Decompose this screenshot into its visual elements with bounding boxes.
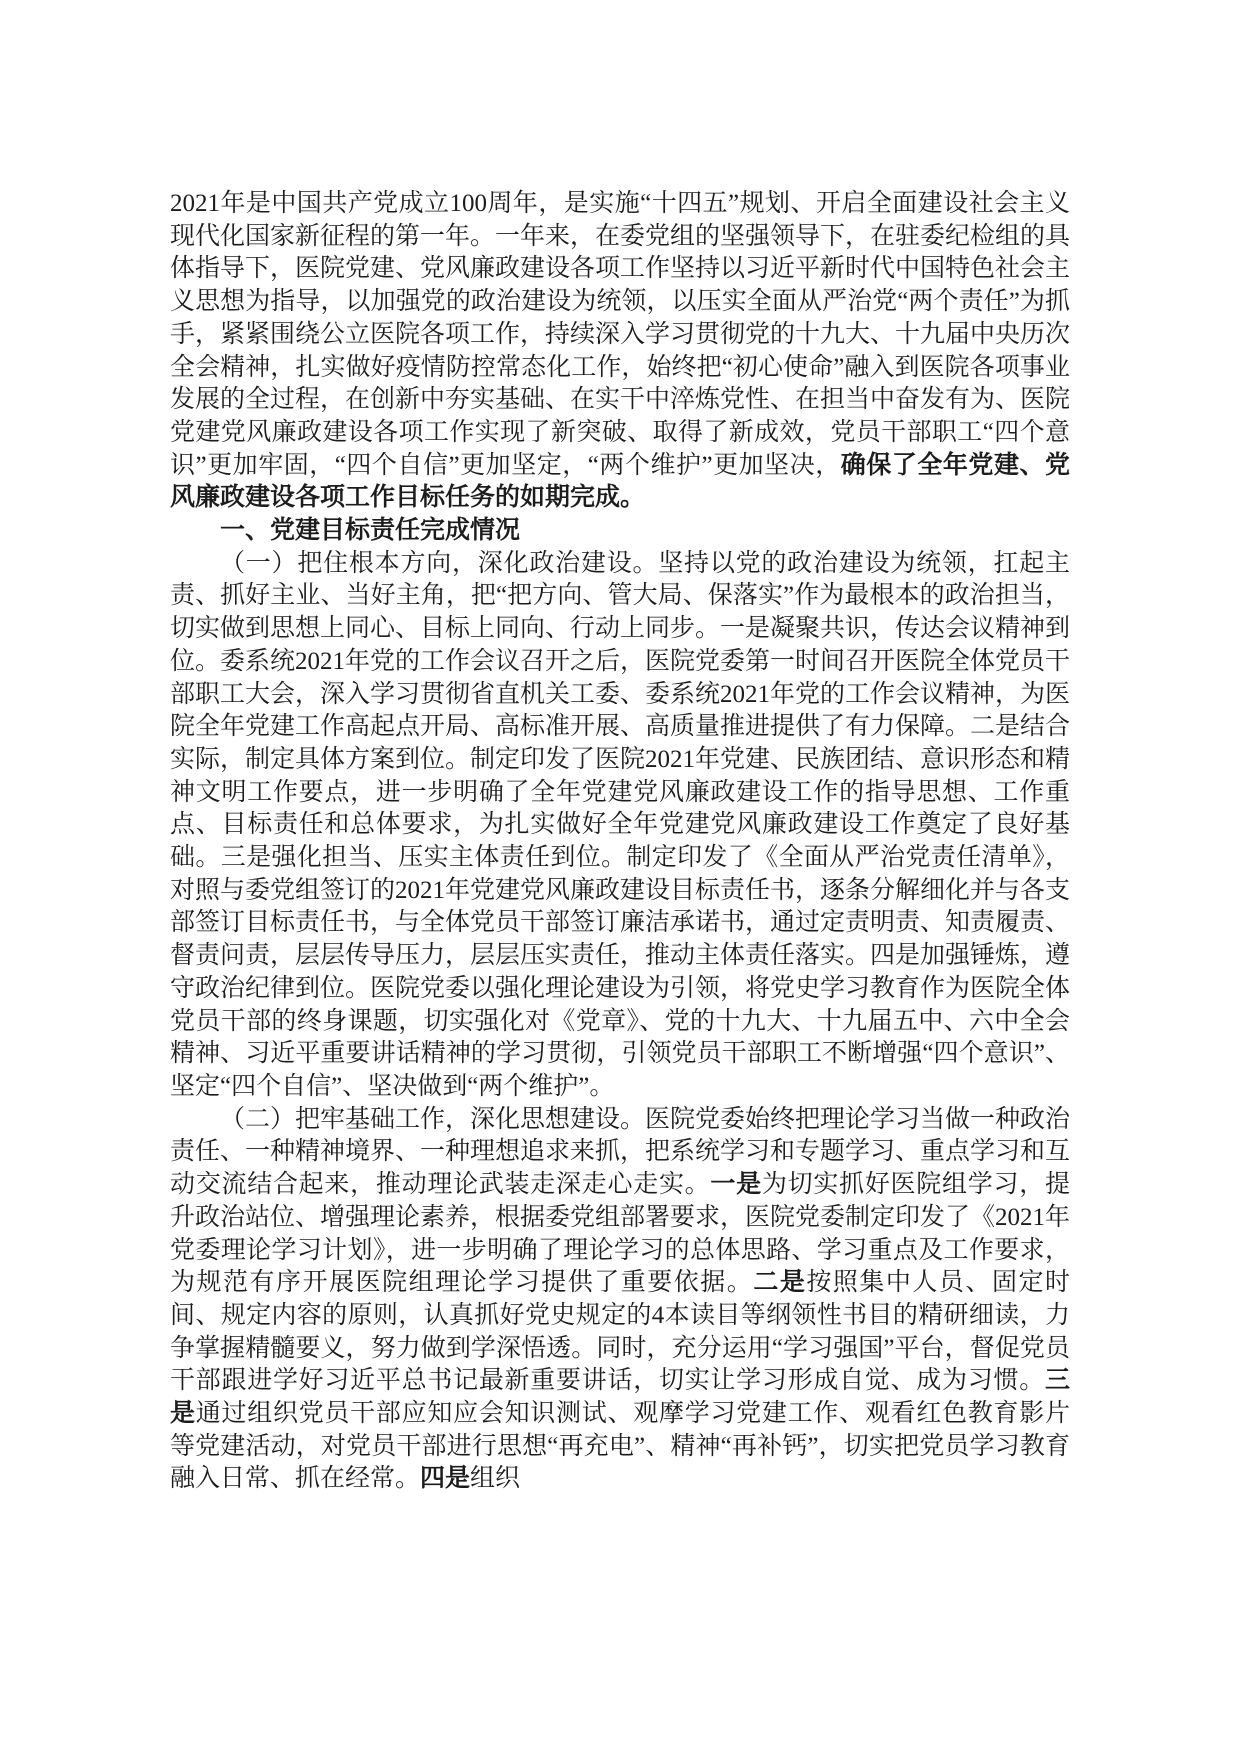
paragraph-section-1-2: （二）把牢基础工作，深化思想建设。医院党委始终把理论学习当做一种政治责任、一种精… bbox=[170, 1104, 1070, 1496]
text-run: 2021年是中国共产党成立100周年，是实施“十四五”规划、开启全面建设社会主义… bbox=[170, 190, 1070, 479]
bold-text-run: 二是 bbox=[753, 1269, 806, 1296]
document-page: 2021年是中国共产党成立100周年，是实施“十四五”规划、开启全面建设社会主义… bbox=[0, 0, 1240, 1754]
text-run: （一）把住根本方向，深化政治建设。坚持以党的政治建设为统领，扛起主责、抓好主业、… bbox=[170, 550, 1070, 1100]
bold-text-run: 一是 bbox=[710, 1171, 761, 1198]
section-heading-1: 一、党建目标责任完成情况 bbox=[170, 515, 1070, 548]
bold-text-run: 四是 bbox=[420, 1465, 470, 1492]
paragraph-section-1-1: （一）把住根本方向，深化政治建设。坚持以党的政治建设为统领，扛起主责、抓好主业、… bbox=[170, 548, 1070, 1104]
text-run: 组织 bbox=[470, 1465, 520, 1492]
text-run: 通过组织党员干部应知应会知识测试、观摩学习党建工作、观看红色教育影片等党建活动，… bbox=[170, 1400, 1070, 1492]
paragraph-opening: 2021年是中国共产党成立100周年，是实施“十四五”规划、开启全面建设社会主义… bbox=[170, 188, 1070, 515]
bold-text-run: 一、党建目标责任完成情况 bbox=[220, 517, 520, 544]
